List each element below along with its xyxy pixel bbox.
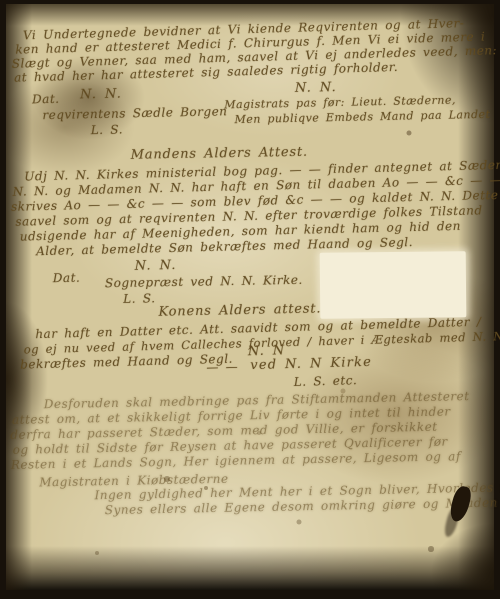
manuscript-photo: Vi Undertegnede bevidner at Vi kiende Re… <box>0 0 500 599</box>
speckle-stains <box>0 0 2 2</box>
paper-repair-patch <box>320 251 467 319</box>
